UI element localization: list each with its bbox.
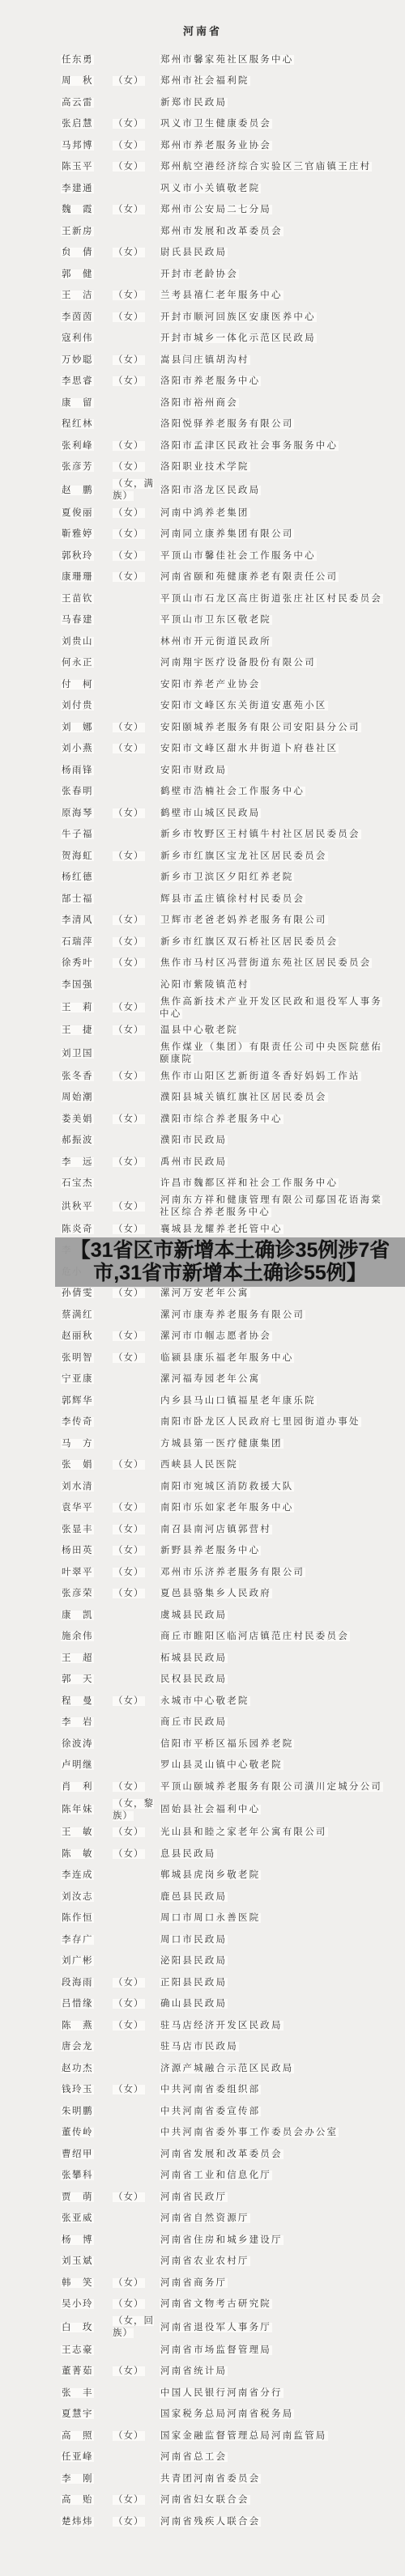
- organization: 郑州市馨家苑社区服务中心: [160, 54, 386, 66]
- list-item: 赵 鹏（女，满族）洛阳市洛龙区民政局: [61, 478, 386, 503]
- person-name: 刘广彬: [61, 1955, 113, 1967]
- gender-note: （女，满族）: [113, 478, 160, 503]
- organization-text: 濮阳市民政局: [160, 1135, 228, 1145]
- person-name: 何永正: [61, 657, 113, 669]
- person-name: 刘玉斌: [61, 2256, 113, 2268]
- list-item: 楚炜炜（女）河南省残疾人联合会: [61, 2511, 386, 2533]
- organization-text: 河南省工业和信息化厅: [160, 2171, 272, 2180]
- organization: 河南省总工会: [160, 2451, 386, 2464]
- list-item: 郝振波濮阳市民政局: [61, 1131, 386, 1152]
- person-name-text: 施余伟: [61, 1632, 94, 1641]
- organization: 漯河福寿园老年公寓: [160, 1373, 386, 1386]
- person-name: 郜士福: [61, 893, 113, 906]
- person-name: 马春建: [61, 614, 113, 626]
- organization-text: 郑州市养老服务业协会: [160, 141, 272, 151]
- person-name-text: 周 秋: [61, 76, 94, 86]
- person-name-text: 张利峰: [61, 441, 94, 451]
- person-name: 刘水清: [61, 1481, 113, 1493]
- gender-note: （女）: [113, 2430, 160, 2442]
- person-name-text: 杨田英: [61, 1546, 94, 1555]
- gender-note: （女）: [113, 915, 160, 927]
- organization-text: 辉县市孟庄镇徐村村民委员会: [160, 894, 305, 904]
- organization-text: 方城县第一医疗健康集团: [160, 1439, 283, 1449]
- person-name-text: 李思睿: [61, 376, 94, 386]
- person-name-text: 徐波涛: [61, 1739, 94, 1749]
- organization-text: 郑州市发展和改革委员会: [160, 227, 283, 236]
- person-name-text: 任东勇: [61, 55, 94, 65]
- person-name-text: 王 洁: [61, 291, 94, 300]
- person-name: 陈 燕: [61, 2020, 113, 2032]
- list-item: 石宝杰许昌市魏都区祥和社会工作服务中心: [61, 1173, 386, 1195]
- gender-note-text: （女）: [113, 851, 145, 861]
- person-name-text: 康珊珊: [61, 572, 94, 582]
- list-item: 付 柯安阳市养老产业协会: [61, 674, 386, 696]
- list-item: 李存广周口市民政局: [61, 1929, 386, 1951]
- person-name: 赵功杰: [61, 2063, 113, 2075]
- person-name-text: 李 岩: [61, 1717, 94, 1727]
- organization-text: 漯河市康寿养老服务有限公司: [160, 1310, 305, 1320]
- gender-note: （女）: [113, 1114, 160, 1126]
- gender-note: （女）: [113, 851, 160, 863]
- gender-note-text: （女）: [113, 551, 145, 561]
- person-name-text: 陈 敏: [61, 1849, 94, 1859]
- organization: 嵩县闫庄镇胡沟村: [160, 354, 386, 367]
- person-name: 高 贻: [61, 2494, 113, 2506]
- gender-note-text: （女）: [113, 1696, 145, 1706]
- gender-note: （女，回族）: [113, 2315, 160, 2340]
- gender-note: （女）: [113, 528, 160, 541]
- organization-text: 洛阳职业技术学院: [160, 462, 250, 472]
- organization-text: 新乡市牧野区王村镇牛村社区居民委员会: [160, 830, 361, 839]
- organization: 确山县民政局: [160, 1998, 386, 2010]
- list-item: 郭 健开封市老龄协会: [61, 264, 386, 286]
- organization-text: 濮阳县城关镇红旗社区居民委员会: [160, 1093, 328, 1102]
- list-item: 张 娟（女）西峡县人民医院: [61, 1455, 386, 1477]
- list-item: 叶翠平（女）邓州市乐济养老服务有限公司: [61, 1562, 386, 1584]
- person-name-text: 贾 萌: [61, 2192, 94, 2202]
- organization-text: 鹿邑县民政局: [160, 1892, 228, 1902]
- person-name-text: 叶翠平: [61, 1568, 94, 1577]
- person-name-text: 曹绍甲: [61, 2149, 94, 2159]
- list-item: 蔡满红漯河市康寿养老服务有限公司: [61, 1305, 386, 1326]
- person-name: 李茵茵: [61, 312, 113, 324]
- person-name: 吕惜缘: [61, 1998, 113, 2010]
- person-name-text: 夏慧宇: [61, 2409, 94, 2419]
- person-name: 张冬香: [61, 1071, 113, 1083]
- list-item: 吕惜缘（女）确山县民政局: [61, 1994, 386, 2016]
- gender-note: （女）: [113, 808, 160, 820]
- organization-text: 洛阳悦驿养老服务有限公司: [160, 419, 294, 429]
- organization-text: 平顶山颐城养老服务有限公司潢川定城分公司: [160, 1782, 383, 1792]
- organization-text: 郑州市馨家苑社区服务中心: [160, 55, 294, 65]
- person-name: 张彦荣: [61, 1588, 113, 1600]
- organization: 郑州市公安局二七分局: [160, 204, 386, 216]
- person-name: 周始潮: [61, 1092, 113, 1104]
- person-name: 王志豪: [61, 2345, 113, 2357]
- person-name-text: 李国强: [61, 980, 94, 990]
- organization-text: 卫辉市老爸老妈养老服务有限公司: [160, 915, 328, 925]
- person-name-text: 石瑞萍: [61, 937, 94, 947]
- organization: 河南省文物考古研究院: [160, 2298, 386, 2311]
- gender-note-text: （女）: [113, 1460, 145, 1470]
- person-name-text: 楚炜炜: [61, 2517, 94, 2527]
- list-item: 高云雷新郑市民政局: [61, 92, 386, 114]
- gender-note-text: （女）: [113, 572, 145, 582]
- organization-text: 夏邑县骆集乡人民政府: [160, 1589, 272, 1598]
- organization-text: 濮阳市综合养老服务中心: [160, 1114, 283, 1124]
- list-item: 夏俊丽（女）河南中鸿养老集团: [61, 503, 386, 524]
- person-name-text: 袁华平: [61, 1503, 94, 1513]
- person-name: 付 柯: [61, 679, 113, 691]
- organization-text: 国家税务总局河南省税务局: [160, 2409, 294, 2419]
- person-name: 刘 娜: [61, 722, 113, 734]
- organization-text: 平顶山市馨佳社会工作服务中心: [160, 551, 317, 561]
- organization-text: 许昌市魏都区祥和社会工作服务中心: [160, 1178, 339, 1188]
- list-item: 刘汝志鹿邑县民政局: [61, 1886, 386, 1908]
- person-name-text: 张冬香: [61, 1072, 94, 1081]
- person-name: 夏慧宇: [61, 2408, 113, 2421]
- list-item: 贾 萌（女）河南省民政厅: [61, 2187, 386, 2209]
- person-name: 贺海虹: [61, 851, 113, 863]
- gender-note-text: （女，满族）: [113, 479, 154, 501]
- person-name-text: 康 凯: [61, 1611, 94, 1620]
- list-item: 张利峰（女）洛阳市孟津区民政社会事务服务中心: [61, 435, 386, 457]
- organization-text: 河南省总工会: [160, 2452, 228, 2462]
- person-name-text: 陈年妹: [61, 1805, 94, 1814]
- organization-text: 漯河万安老年公寓: [160, 1288, 250, 1298]
- person-name-text: 李清风: [61, 915, 94, 925]
- list-item: 马春建平顶山市卫东区敬老院: [61, 610, 386, 632]
- organization: 巩义市卫生健康委员会: [160, 118, 386, 130]
- gender-note-text: （女）: [113, 508, 145, 518]
- organization-text: 光山县和睦之家老年公寓有限公司: [160, 1827, 328, 1837]
- organization-text: 安阳市财政局: [160, 766, 228, 775]
- organization-text: 巩义市卫生健康委员会: [160, 119, 272, 129]
- organization-text: 河南省统计局: [160, 2366, 228, 2376]
- organization-text: 漯河市巾帼志愿者协会: [160, 1331, 272, 1341]
- organization-text: 息县民政局: [160, 1849, 217, 1859]
- person-name-text: 周始潮: [61, 1093, 94, 1102]
- list-item: 赵丽秋（女）漯河市巾帼志愿者协会: [61, 1326, 386, 1348]
- organization: 安阳市文峰区东关街道安惠苑小区: [160, 700, 386, 712]
- person-name-text: 杨雨锋: [61, 766, 94, 775]
- gender-note-text: （女）: [113, 1849, 145, 1859]
- person-name: 李思睿: [61, 376, 113, 388]
- person-name: 寇利伟: [61, 333, 113, 345]
- list-item: 刘付贵安阳市文峰区东关街道安惠苑小区: [61, 696, 386, 718]
- organization: 南阳市乐如家老年服务中心: [160, 1502, 386, 1514]
- person-name: 徐秀叶: [61, 957, 113, 970]
- list-item: 陈年妹（女，黎族）固始县社会福利中心: [61, 1798, 386, 1823]
- gender-note-text: （女）: [113, 1072, 145, 1081]
- organization-text: 南召县南河店镇郭营村: [160, 1525, 272, 1534]
- person-name: 陈 敏: [61, 1848, 113, 1861]
- organization-text: 河南省商务厅: [160, 2278, 228, 2288]
- person-name-text: 董菁茹: [61, 2366, 94, 2376]
- person-name-text: 程 曼: [61, 1696, 94, 1706]
- organization: 柘城县民政局: [160, 1653, 386, 1665]
- person-name-text: 张显丰: [61, 1525, 94, 1534]
- gender-note-text: （女）: [113, 1202, 145, 1212]
- organization-text: 河南省自然资源厅: [160, 2213, 250, 2223]
- organization: 南召县南河店镇郭营村: [160, 1524, 386, 1536]
- organization-text: 嵩县闫庄镇胡沟村: [160, 355, 250, 365]
- gender-note-text: （女）: [113, 1288, 145, 1298]
- gender-note-text: （女，回族）: [113, 2316, 154, 2338]
- gender-note-text: （女）: [113, 355, 145, 365]
- organization: 周口市周口永善医院: [160, 1912, 386, 1925]
- organization: 漯河市巾帼志愿者协会: [160, 1330, 386, 1343]
- person-name-text: 郝振波: [61, 1135, 94, 1145]
- gender-note: （女）: [113, 1588, 160, 1600]
- list-item: 任东勇郑州市馨家苑社区服务中心: [61, 49, 386, 71]
- list-item: 唐会龙驻马店市民政局: [61, 2037, 386, 2059]
- organization-text: 临颍县康乐福老年服务中心: [160, 1353, 294, 1363]
- organization-text: 信阳市平桥区福乐园养老院: [160, 1739, 294, 1749]
- person-name: 李连成: [61, 1869, 113, 1882]
- organization-text: 内乡县马山口镇福星老年康乐院: [160, 1396, 317, 1406]
- organization-text: 河南省退役军人事务厅: [160, 2323, 272, 2332]
- gender-note: （女）: [113, 1288, 160, 1300]
- organization-text: 南阳市乐如家老年服务中心: [160, 1503, 294, 1513]
- list-item: 程 曼（女）永城市中心敬老院: [61, 1691, 386, 1712]
- person-name: 魏 霞: [61, 204, 113, 216]
- organization-text: 襄城县龙耀养老托管中心: [160, 1224, 283, 1234]
- organization-text: 巩义市小关镇敬老院: [160, 184, 261, 193]
- document-page: 河南省 任东勇郑州市馨家苑社区服务中心周 秋（女）郑州市社会福利院高云雷新郑市民…: [0, 0, 405, 2576]
- person-name: 曹绍甲: [61, 2149, 113, 2161]
- organization: 新乡市卫滨区夕阳红养老院: [160, 872, 386, 884]
- gender-note-text: （女）: [113, 1978, 145, 1988]
- gender-note: （女）: [113, 507, 160, 520]
- organization-text: 商丘市睢阳区临河店镇范庄村民委员会: [160, 1632, 350, 1641]
- gender-note-text: （女）: [113, 441, 145, 451]
- organization-text: 周口市民政局: [160, 1935, 228, 1945]
- list-item: 李建通巩义市小关镇敬老院: [61, 178, 386, 200]
- organization-text: 新乡市红旗区双石桥社区居民委员会: [160, 937, 339, 947]
- list-item: 施余伟商丘市睢阳区临河店镇范庄村民委员会: [61, 1627, 386, 1649]
- list-item: 郭辉华内乡县马山口镇福星老年康乐院: [61, 1390, 386, 1412]
- person-name-text: 牛子福: [61, 830, 94, 839]
- person-name: 白 玫: [61, 2322, 113, 2334]
- organization-text: 郑州航空港经济综合实验区三官庙镇王庄村: [160, 162, 372, 172]
- person-name-text: 张彦芳: [61, 462, 94, 472]
- organization-text: 济源产城融合示范区民政局: [160, 2064, 294, 2073]
- organization-text: 平顶山市石龙区高庄街道张庄社区村民委员会: [160, 594, 383, 604]
- organization: 鹿邑县民政局: [160, 1891, 386, 1903]
- list-item: 夏慧宇国家税务总局河南省税务局: [61, 2404, 386, 2426]
- organization: 临颍县康乐福老年服务中心: [160, 1352, 386, 1364]
- list-item: 寇利伟开封市城乡一体化示范区民政局: [61, 329, 386, 350]
- person-name: 康 留: [61, 397, 113, 410]
- organization: 固始县社会福利中心: [160, 1804, 386, 1816]
- organization: 内乡县马山口镇福星老年康乐院: [160, 1395, 386, 1407]
- person-name: 郭辉华: [61, 1395, 113, 1407]
- organization: 开封市城乡一体化示范区民政局: [160, 333, 386, 345]
- list-item: 陈 燕（女）驻马店经济开发区民政局: [61, 2015, 386, 2037]
- list-item: 牛子福新乡市牧野区王村镇牛村社区居民委员会: [61, 825, 386, 847]
- person-name-text: 任亚峰: [61, 2452, 94, 2462]
- person-name-text: 魏 霞: [61, 205, 94, 214]
- person-name: 袁华平: [61, 1502, 113, 1514]
- person-name: 王 洁: [61, 290, 113, 302]
- caption-line-2: 市,31省市新增本土确诊55例】: [55, 1262, 405, 1284]
- gender-note-text: （女）: [113, 291, 145, 300]
- gender-note-text: （女）: [113, 2495, 145, 2505]
- person-name-text: 程红林: [61, 419, 94, 429]
- gender-note-text: （女）: [113, 958, 145, 968]
- list-item: 李 岩商丘市民政局: [61, 1712, 386, 1734]
- gender-note: （女）: [113, 75, 160, 87]
- organization-text: 虞城县民政局: [160, 1611, 228, 1620]
- organization: 洛阳市养老服务中心: [160, 376, 386, 388]
- person-name: 靳雅婷: [61, 528, 113, 541]
- organization-text: 焦作煤业（集团）有限责任公司中央医院慈佑颐康院: [160, 1042, 382, 1064]
- organization: 辉县市孟庄镇徐村村民委员会: [160, 893, 386, 906]
- organization: 新乡市红旗区双石桥社区居民委员会: [160, 936, 386, 948]
- person-name-text: 马 方: [61, 1439, 94, 1449]
- person-name-text: 何永正: [61, 658, 94, 668]
- organization: 国家税务总局河南省税务局: [160, 2408, 386, 2421]
- list-item: 张明智（女）临颍县康乐福老年服务中心: [61, 1347, 386, 1369]
- person-name-text: 刘小燕: [61, 744, 94, 753]
- person-name-text: 刘贵山: [61, 637, 94, 647]
- gender-note: （女）: [113, 2277, 160, 2290]
- list-item: 肖 利（女）平顶山颐城养老服务有限公司潢川定城分公司: [61, 1776, 386, 1798]
- organization: 兰考县禧仁老年服务中心: [160, 290, 386, 302]
- list-item: 朱明鹏中共河南省委宣传部: [61, 2101, 386, 2123]
- organization: 南阳市卧龙区人民政府七里园街道办事处: [160, 1416, 386, 1428]
- organization-text: 中共河南省委宣传部: [160, 2107, 261, 2116]
- organization: 郑州市发展和改革委员会: [160, 226, 386, 238]
- list-item: 任亚峰河南省总工会: [61, 2447, 386, 2469]
- person-name: 程红林: [61, 418, 113, 431]
- organization: 焦作市山阳区艺新街道冬香好妈妈工作站: [160, 1071, 386, 1083]
- organization-text: 河南东方祥和健康管理有限公司鄢国花语海棠社区综合养老服务中心: [160, 1195, 382, 1217]
- organization-text: 温县中心敬老院: [160, 1025, 239, 1035]
- organization: 中共河南省委外事工作委员会办公室: [160, 2127, 386, 2139]
- list-item: 徐秀叶（女）焦作市马村区冯营街道东苑社区居民委员会: [61, 953, 386, 975]
- person-name-text: 钱玲玉: [61, 2085, 94, 2094]
- list-item: 李 刚共青团河南省委员会: [61, 2468, 386, 2490]
- organization-text: 尉氏县民政局: [160, 248, 228, 257]
- organization-text: 南阳市卧龙区人民政府七里园街道办事处: [160, 1417, 361, 1427]
- organization-text: 河南省住房和城乡建设厅: [160, 2235, 283, 2245]
- list-item: 李 远（女）禹州市民政局: [61, 1152, 386, 1173]
- organization-text: 中共河南省委组织部: [160, 2085, 261, 2094]
- person-name: 刘贵山: [61, 636, 113, 648]
- list-item: 袁华平（女）南阳市乐如家老年服务中心: [61, 1498, 386, 1520]
- person-name-text: 马邦博: [61, 141, 94, 151]
- gender-note: （女）: [113, 247, 160, 259]
- person-name: 王新房: [61, 226, 113, 238]
- person-name-text: 陈炎奇: [61, 1224, 94, 1234]
- organization: 焦作煤业（集团）有限责任公司中央医院慈佑颐康院: [160, 1042, 386, 1066]
- gender-note-text: （女）: [113, 205, 145, 214]
- person-name: 张彦芳: [61, 461, 113, 473]
- person-name: 张 丰: [61, 2387, 113, 2400]
- organization-text: 安阳颐城养老服务有限公司安阳县分公司: [160, 723, 361, 732]
- gender-note-text: （女）: [113, 1331, 145, 1341]
- person-name-text: 吴小玲: [61, 2299, 94, 2309]
- organization-text: 河南省市场监督管理局: [160, 2345, 272, 2355]
- person-name: 石瑞萍: [61, 936, 113, 948]
- person-name: 马邦博: [61, 140, 113, 152]
- person-name-text: 马春建: [61, 615, 94, 625]
- gender-note: （女）: [113, 1330, 160, 1343]
- organization: 国家金融监督管理总局河南监管局: [160, 2430, 386, 2442]
- list-item: 王苗钦平顶山市石龙区高庄街道张庄社区村民委员会: [61, 588, 386, 610]
- gender-note: （女）: [113, 1998, 160, 2010]
- organization: 方城县第一医疗健康集团: [160, 1438, 386, 1450]
- organization-text: 安阳市文峰区甜水井街道卜府巷社区: [160, 744, 339, 753]
- person-name: 周 秋: [61, 75, 113, 87]
- organization: 安阳市文峰区甜水井街道卜府巷社区: [160, 743, 386, 755]
- organization-text: 洛阳市裕州商会: [160, 398, 239, 408]
- person-name-text: 肖 利: [61, 1782, 94, 1792]
- person-name: 陈年妹: [61, 1804, 113, 1816]
- list-item: 石瑞萍（女）新乡市红旗区双石桥社区居民委员会: [61, 932, 386, 953]
- person-name-text: 高云雷: [61, 98, 94, 108]
- person-name-text: 韩 笑: [61, 2278, 94, 2288]
- gender-note-text: （女，黎族）: [113, 1799, 154, 1821]
- organization: 河南翔宇医疗设备股份有限公司: [160, 657, 386, 669]
- organization: 焦作高新技术产业开发区民政和退役军人事务中心: [160, 996, 386, 1021]
- gender-note: （女）: [113, 1524, 160, 1536]
- gender-note-text: （女）: [113, 808, 145, 818]
- person-name-text: 陈作恒: [61, 1913, 94, 1923]
- organization-text: 邓州市乐济养老服务有限公司: [160, 1568, 305, 1577]
- gender-note: （女）: [113, 2084, 160, 2096]
- gender-note-text: （女）: [113, 1224, 145, 1234]
- person-name-text: 刘广彬: [61, 1956, 94, 1966]
- person-name: 杨雨锋: [61, 765, 113, 777]
- gender-note: （女）: [113, 1545, 160, 1557]
- organization: 洛阳市裕州商会: [160, 397, 386, 410]
- person-name-text: 白 玫: [61, 2323, 94, 2332]
- person-name: 李 刚: [61, 2473, 113, 2485]
- person-name-text: 卢明继: [61, 1760, 94, 1770]
- list-item: 王志豪河南省市场监督管理局: [61, 2340, 386, 2362]
- gender-note-text: （女）: [113, 1003, 145, 1012]
- organization-text: 平顶山市卫东区敬老院: [160, 615, 272, 625]
- person-name: 钱玲玉: [61, 2084, 113, 2096]
- list-item: 王 捷（女）温县中心敬老院: [61, 1021, 386, 1042]
- person-name: 陈玉平: [61, 161, 113, 173]
- person-name-text: 陈 燕: [61, 2021, 94, 2031]
- list-item: 段海雨（女）正阳县民政局: [61, 1972, 386, 1994]
- organization-text: 国家金融监督管理总局河南监管局: [160, 2431, 328, 2441]
- list-item: 康 凯虞城县民政局: [61, 1605, 386, 1627]
- organization: 虞城县民政局: [160, 1610, 386, 1622]
- list-item: 张攀科河南省工业和信息化厅: [61, 2166, 386, 2188]
- organization-text: 共青团河南省委员会: [160, 2474, 261, 2484]
- organization: 商丘市睢阳区临河店镇范庄村民委员会: [160, 1631, 386, 1643]
- person-name-text: 李存广: [61, 1935, 94, 1945]
- organization: 息县民政局: [160, 1848, 386, 1861]
- list-item: 刘 娜（女）安阳颐城养老服务有限公司安阳县分公司: [61, 717, 386, 739]
- gender-note: （女）: [113, 1071, 160, 1083]
- gender-note-text: （女）: [113, 162, 145, 172]
- person-name-text: 朱明鹏: [61, 2107, 94, 2116]
- gender-note: （女）: [113, 743, 160, 755]
- organization-text: 罗山县灵山镇中心敬老院: [160, 1760, 283, 1770]
- list-item: 钱玲玉（女）中共河南省委组织部: [61, 2080, 386, 2102]
- person-name: 董传岭: [61, 2127, 113, 2139]
- person-name-text: 杨红德: [61, 872, 94, 882]
- organization: 安阳颐城养老服务有限公司安阳县分公司: [160, 722, 386, 734]
- person-name-text: 郜士福: [61, 894, 94, 904]
